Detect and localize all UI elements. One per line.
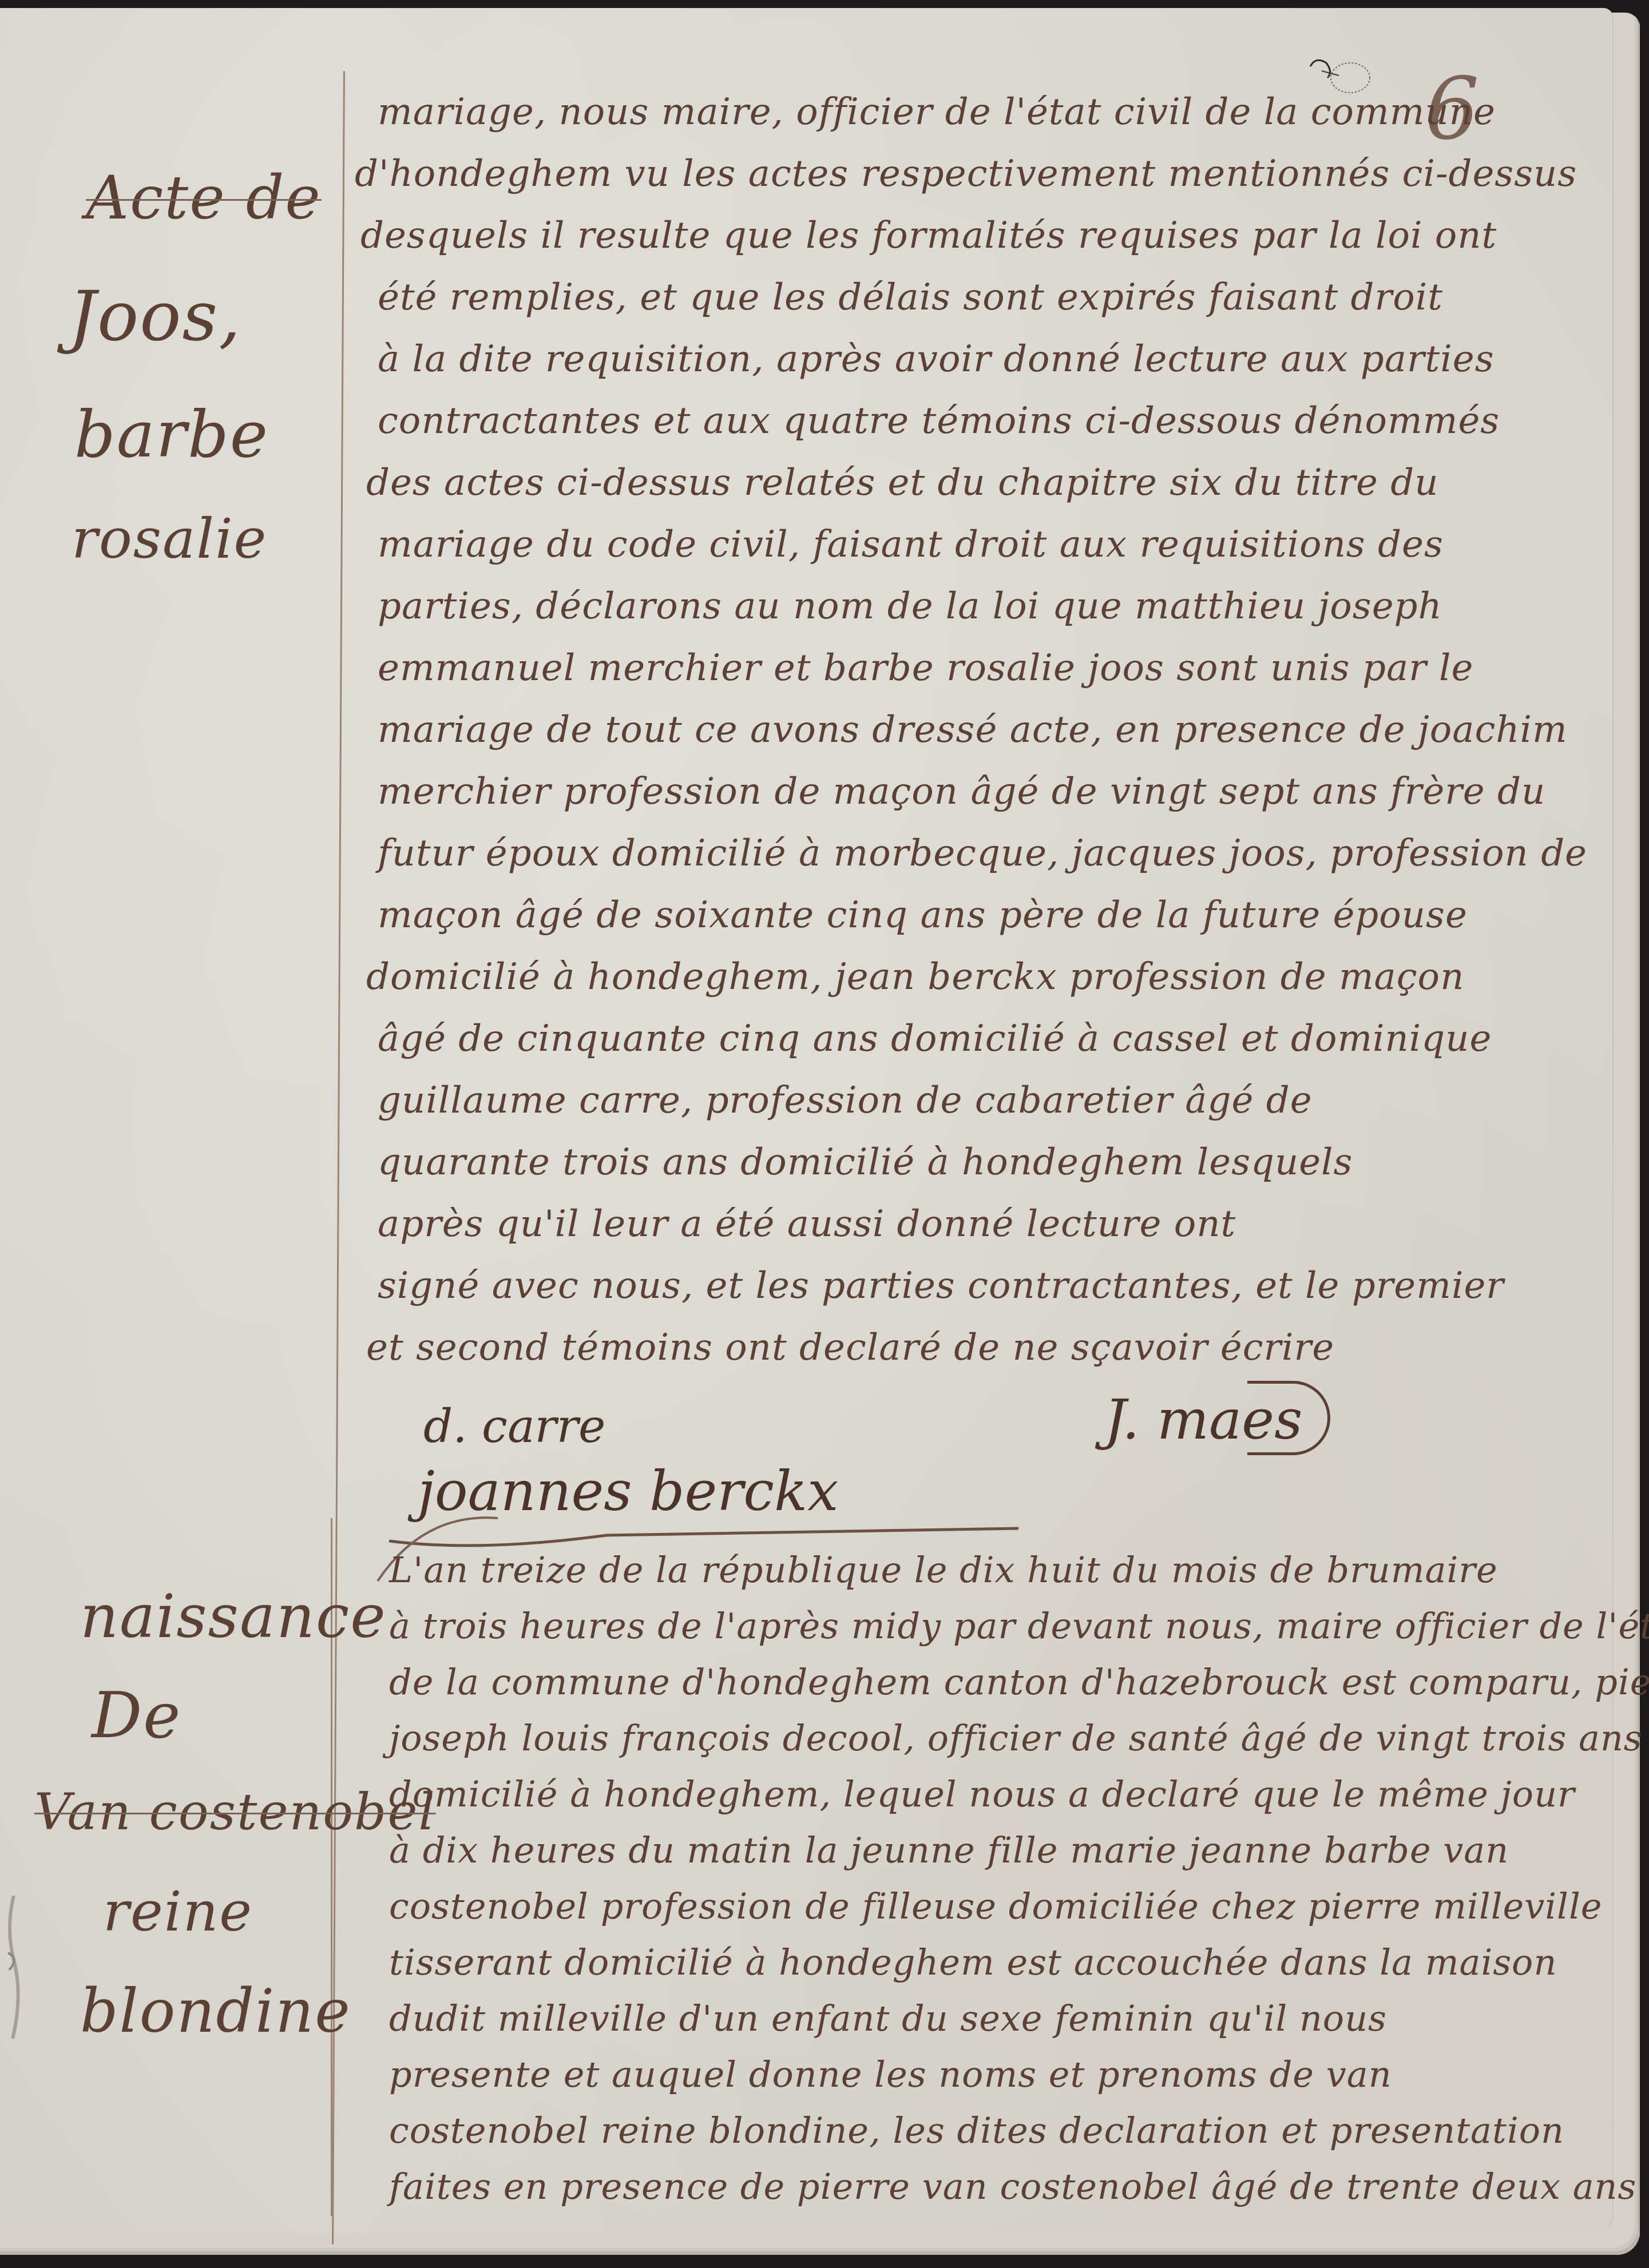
marriage-line-8: mariage du code civil, faisant droit aux…	[378, 526, 1444, 563]
birth-line-12: faites en presence de pierre van costeno…	[389, 2169, 1636, 2205]
marriage-line-17: guillaume carre, profession de cabaretie…	[378, 1082, 1313, 1119]
birth-line-4: joseph louis françois decool, officier d…	[389, 1721, 1643, 1756]
birth-line-1: L'an treize de la république le dix huit…	[389, 1552, 1498, 1588]
marriage-line-10: emmanuel merchier et barbe rosalie joos …	[378, 650, 1473, 686]
marriage-line-19: après qu'il leur a été aussi donné lectu…	[378, 1206, 1236, 1242]
marriage-line-3: desquels il resulte que les formalités r…	[360, 217, 1497, 254]
margin-note-reine: reine	[103, 1884, 253, 1939]
birth-line-7: costenobel profession de filleuse domici…	[389, 1889, 1602, 1924]
birth-line-11: costenobel reine blondine, les dites dec…	[389, 2113, 1564, 2148]
marriage-line-9: parties, déclarons au nom de la loi que …	[378, 588, 1442, 625]
marriage-line-6: contractantes et aux quatre témoins ci-d…	[378, 403, 1500, 439]
marriage-line-1: mariage, nous maire, officier de l'état …	[378, 94, 1496, 130]
margin-note-acte-de: Acte de	[86, 168, 322, 228]
marriage-line-14: maçon âgé de soixante cinq ans père de l…	[378, 897, 1468, 934]
marriage-line-2: d'hondeghem vu les actes respectivement …	[355, 156, 1577, 192]
birth-line-3: de la commune d'hondeghem canton d'hazeb…	[389, 1665, 1649, 1700]
margin-note-barbe: barbe	[74, 403, 269, 467]
marriage-line-5: à la dite requisition, après avoir donné…	[378, 341, 1494, 378]
margin-note-blondine: blondine	[80, 1981, 351, 2041]
marriage-line-18: quarante trois ans domicilié à hondeghem…	[378, 1144, 1353, 1181]
birth-line-10: presente et auquel donne les noms et pre…	[389, 2057, 1392, 2092]
marriage-line-4: été remplies, et que les délais sont exp…	[378, 279, 1443, 316]
marriage-line-20: signé avec nous, et les parties contract…	[378, 1268, 1504, 1304]
marriage-line-16: âgé de cinquante cinq ans domicilié à ca…	[378, 1020, 1492, 1057]
birth-line-9: dudit milleville d'un enfant du sexe fem…	[389, 2001, 1387, 2036]
marriage-line-12: merchier profession de maçon âgé de ving…	[378, 773, 1545, 810]
birth-line-5: domicilié à hondeghem, lequel nous a dec…	[389, 1777, 1575, 1812]
marriage-line-7: des actes ci-dessus relatés et du chapit…	[366, 464, 1438, 501]
margin-note-van-costenobel: Van costenobel	[34, 1787, 436, 1837]
margin-note-joos: Joos,	[69, 283, 241, 351]
margin-note-naissance: naissance	[80, 1587, 387, 1646]
birth-line-6: à dix heures du matin la jeunne fille ma…	[389, 1833, 1509, 1868]
margin-note-rosalie: rosalie	[72, 511, 267, 566]
signature-flourish	[1247, 1381, 1330, 1455]
margin-note-de: De	[92, 1684, 181, 1747]
register-page: 6 Acte de Joos, barbe rosalie mariage, n…	[0, 8, 1614, 2233]
marriage-line-11: mariage de tout ce avons dressé acte, en…	[378, 712, 1568, 748]
marriage-line-13: futur époux domicilié à morbecque, jacqu…	[378, 835, 1587, 872]
margin-rule	[332, 71, 345, 2245]
marriage-line-21: et second témoins ont declaré de ne sçav…	[366, 1329, 1334, 1366]
marriage-line-15: domicilié à hondeghem, jean berckx profe…	[366, 959, 1464, 995]
binding-thread-icon	[2, 1896, 25, 2039]
birth-line-8: tisserant domicilié à hondeghem est acco…	[389, 1945, 1557, 1980]
birth-line-2: à trois heures de l'après midy par devan…	[389, 1608, 1649, 1644]
